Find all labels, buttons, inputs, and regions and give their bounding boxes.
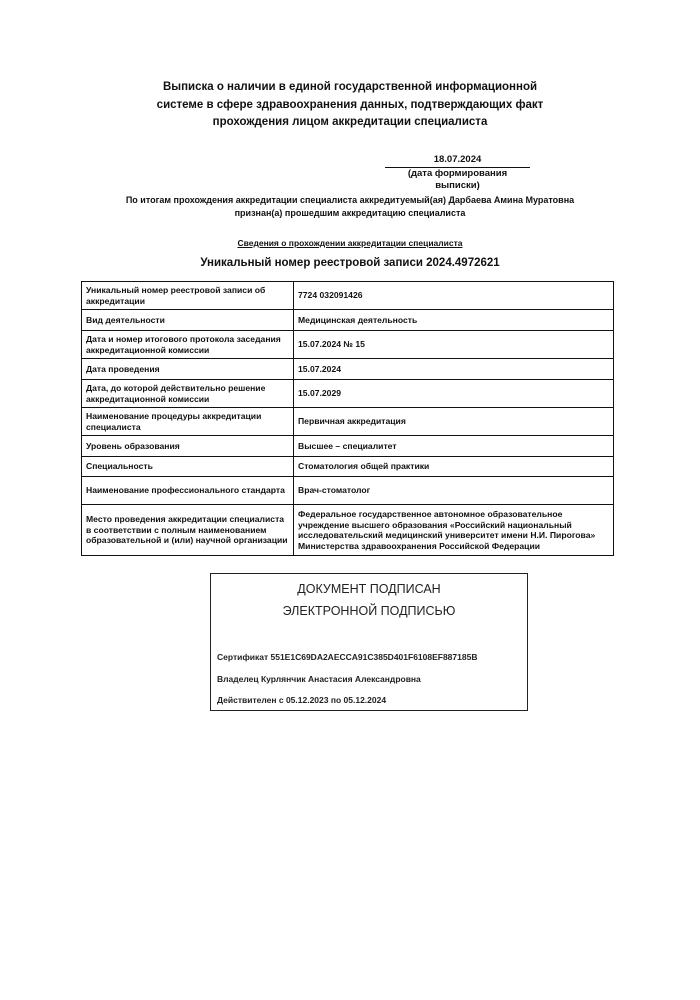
table-row: Наименование процедуры аккредитации спец… (82, 408, 614, 436)
title-line: Выписка о наличии в единой государственн… (120, 79, 580, 97)
title-line: прохождения лицом аккредитации специалис… (120, 114, 580, 132)
formation-date: 18.07.2024 (385, 154, 530, 168)
row-value: 7724 032091426 (294, 282, 614, 310)
table-row: Вид деятельности Медицинская деятельност… (82, 310, 614, 331)
title-line: системе в сфере здравоохранения данных, … (120, 97, 580, 115)
row-value: Первичная аккредитация (294, 408, 614, 436)
signature-title-line1: ДОКУМЕНТ ПОДПИСАН (211, 582, 527, 596)
registry-number: Уникальный номер реестровой записи 2024.… (150, 257, 550, 269)
row-value: Федеральное государственное автономное о… (294, 505, 614, 556)
row-label: Вид деятельности (82, 310, 294, 331)
table-row: Дата проведения 15.07.2024 (82, 359, 614, 380)
table-row: Дата и номер итогового протокола заседан… (82, 331, 614, 359)
row-label: Дата, до которой действительно решение а… (82, 380, 294, 408)
signature-owner: Владелец Курлянчик Анастасия Александров… (217, 674, 421, 684)
row-label: Место проведения аккредитации специалист… (82, 505, 294, 556)
table-row: Дата, до которой действительно решение а… (82, 380, 614, 408)
row-value: Высшее – специалитет (294, 436, 614, 457)
table-row: Уровень образования Высшее – специалитет (82, 436, 614, 457)
table-row: Место проведения аккредитации специалист… (82, 505, 614, 556)
row-label: Дата проведения (82, 359, 294, 380)
row-label: Специальность (82, 457, 294, 477)
row-value: Стоматология общей практики (294, 457, 614, 477)
row-label: Наименование процедуры аккредитации спец… (82, 408, 294, 436)
signature-title-line2: ЭЛЕКТРОННОЙ ПОДПИСЬЮ (211, 604, 527, 618)
row-label: Уникальный номер реестровой записи об ак… (82, 282, 294, 310)
formation-date-block: 18.07.2024 (дата формирования выписки) (385, 154, 530, 192)
row-label: Уровень образования (82, 436, 294, 457)
row-value: 15.07.2024 № 15 (294, 331, 614, 359)
row-value: Врач-стоматолог (294, 477, 614, 505)
accreditation-result-text: По итогам прохождения аккредитации специ… (100, 194, 600, 219)
table-row: Уникальный номер реестровой записи об ак… (82, 282, 614, 310)
document-title: Выписка о наличии в единой государственн… (120, 79, 580, 132)
section-heading: Сведения о прохождении аккредитации спец… (150, 238, 550, 248)
row-label: Дата и номер итогового протокола заседан… (82, 331, 294, 359)
table-row: Специальность Стоматология общей практик… (82, 457, 614, 477)
row-value: Медицинская деятельность (294, 310, 614, 331)
table-row: Наименование профессионального стандарта… (82, 477, 614, 505)
signature-certificate: Сертификат 551E1C69DA2AECCA91C385D401F61… (217, 652, 477, 662)
signature-validity: Действителен с 05.12.2023 по 05.12.2024 (217, 695, 386, 705)
row-label: Наименование профессионального стандарта (82, 477, 294, 505)
result-line: признан(а) прошедшим аккредитацию специа… (100, 207, 600, 220)
accreditation-info-table: Уникальный номер реестровой записи об ак… (81, 281, 614, 556)
row-value: 15.07.2024 (294, 359, 614, 380)
result-line: По итогам прохождения аккредитации специ… (100, 194, 600, 207)
formation-date-caption: (дата формирования выписки) (385, 168, 530, 192)
row-value: 15.07.2029 (294, 380, 614, 408)
electronic-signature-stamp: ДОКУМЕНТ ПОДПИСАН ЭЛЕКТРОННОЙ ПОДПИСЬЮ С… (210, 573, 528, 711)
